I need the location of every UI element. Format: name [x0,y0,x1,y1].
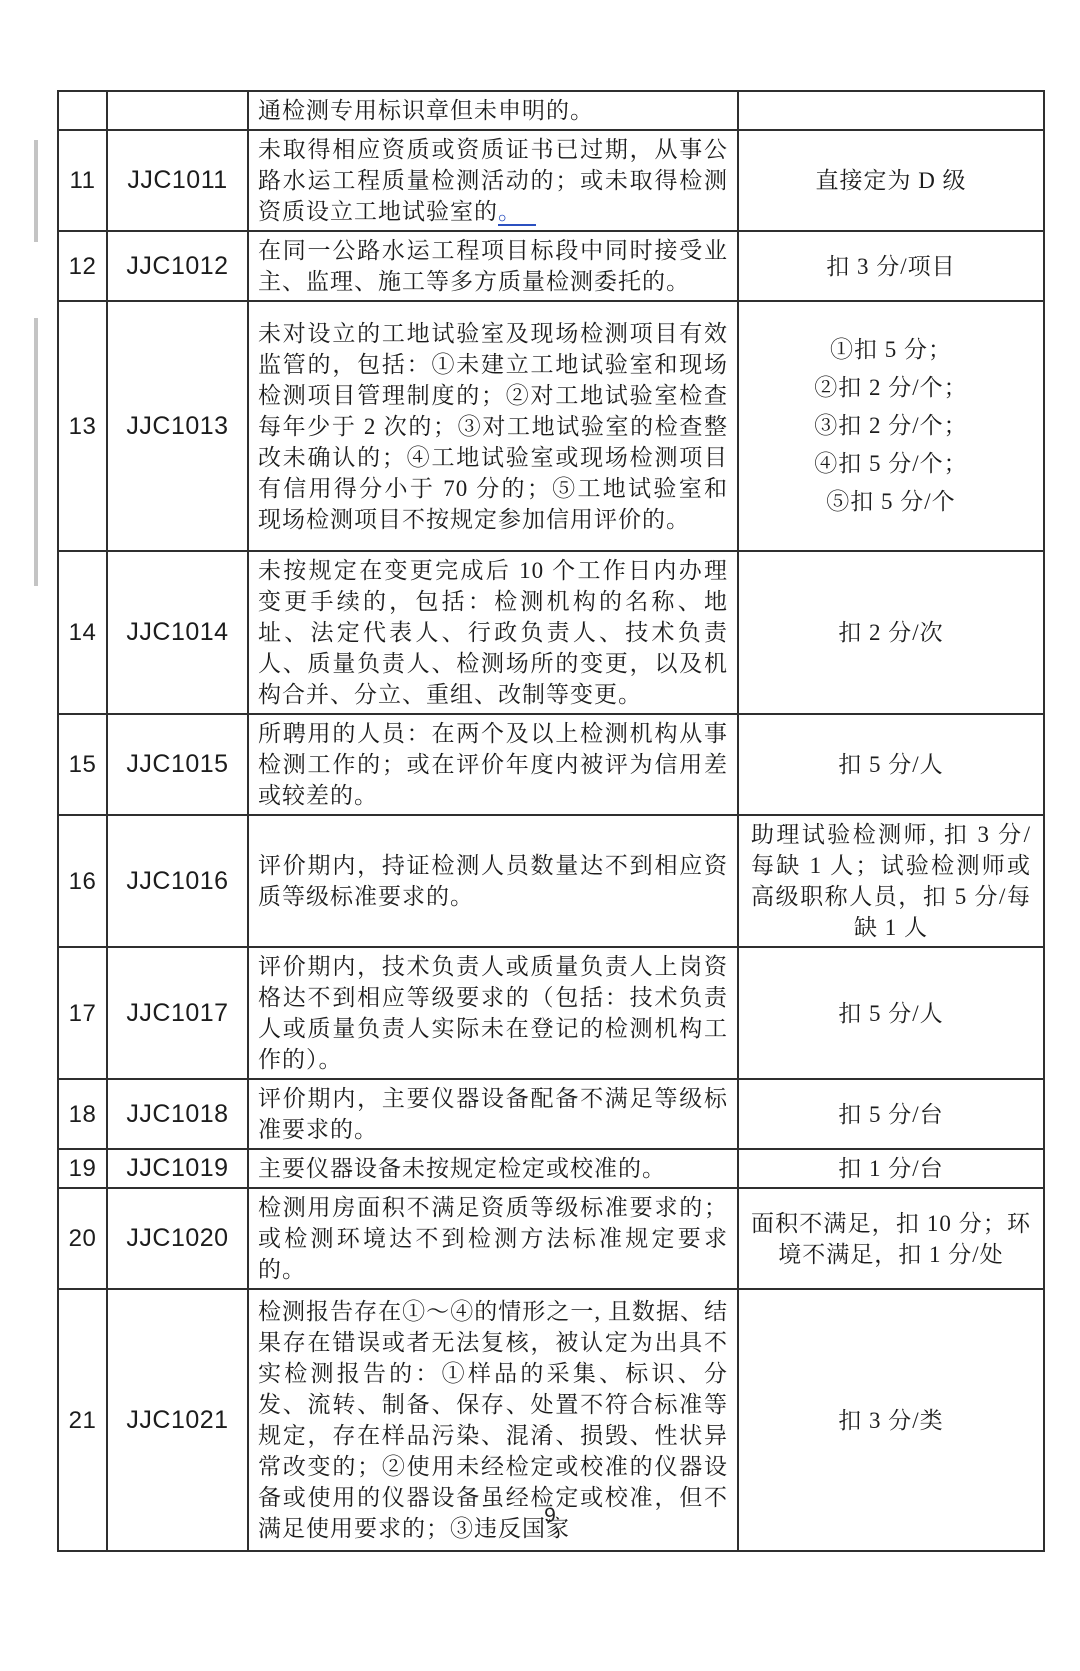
page-number: 9 [57,1504,1043,1528]
description-cell: 未对设立的工地试验室及现场检测项目有效监管的，包括：①未建立工地试验室和现场检测… [248,301,738,551]
description-cell: 主要仪器设备未按规定检定或校准的。 [248,1149,738,1188]
table-row: 16 JJC1016 评价期内，持证检测人员数量达不到相应资质等级标准要求的。 … [58,815,1044,947]
row-number-cell: 15 [58,714,107,815]
penalty-line: ②扣 2 分/个； [751,369,1031,407]
penalty-table: 通检测专用标识章但未申明的。 11 JJC1011 未取得相应资质或资质证书已过… [57,90,1045,1552]
code-cell: JJC1020 [107,1188,248,1289]
table-row: 12 JJC1012 在同一公路水运工程项目标段中同时接受业主、监理、施工等多方… [58,231,1044,301]
penalty-cell: 扣 5 分/人 [738,714,1044,815]
table-row: 13 JJC1013 未对设立的工地试验室及现场检测项目有效监管的，包括：①未建… [58,301,1044,551]
penalty-line: ①扣 5 分； [751,331,1031,369]
penalty-cell: 扣 5 分/台 [738,1079,1044,1149]
code-cell: JJC1016 [107,815,248,947]
code-cell: JJC1013 [107,301,248,551]
row-number-cell: 16 [58,815,107,947]
table-row: 15 JJC1015 所聘用的人员：在两个及以上检测机构从事检测工作的；或在评价… [58,714,1044,815]
table-row: 通检测专用标识章但未申明的。 [58,91,1044,130]
penalty-line: ③扣 2 分/个； [751,407,1031,445]
penalty-cell: 扣 5 分/人 [738,947,1044,1079]
penalty-cell [738,91,1044,130]
description-cell: 未取得相应资质或资质证书已过期，从事公路水运工程质量检测活动的；或未取得检测资质… [248,130,738,231]
row-number-cell: 17 [58,947,107,1079]
row-number-cell: 13 [58,301,107,551]
penalty-cell: 扣 2 分/次 [738,551,1044,714]
revision-bar [34,318,38,586]
table-row: 14 JJC1014 未按规定在变更完成后 10 个工作日内办理变更手续的，包括… [58,551,1044,714]
row-number-cell: 18 [58,1079,107,1149]
penalty-cell: 助理试验检测师, 扣 3 分/每缺 1 人；试验检测师或高级职称人员，扣 5 分… [738,815,1044,947]
row-number-cell: 20 [58,1188,107,1289]
code-cell [107,91,248,130]
description-cell: 所聘用的人员：在两个及以上检测机构从事检测工作的；或在评价年度内被评为信用差或较… [248,714,738,815]
code-cell: JJC1017 [107,947,248,1079]
penalty-line: ⑤扣 5 分/个 [751,483,1031,521]
row-number-cell: 19 [58,1149,107,1188]
table-row: 20 JJC1020 检测用房面积不满足资质等级标准要求的；或检测环境达不到检测… [58,1188,1044,1289]
description-cell: 评价期内，持证检测人员数量达不到相应资质等级标准要求的。 [248,815,738,947]
penalty-cell: ①扣 5 分； ②扣 2 分/个； ③扣 2 分/个； ④扣 5 分/个； ⑤扣… [738,301,1044,551]
code-cell: JJC1019 [107,1149,248,1188]
revision-bar [34,140,38,242]
code-cell: JJC1014 [107,551,248,714]
document-page: 通检测专用标识章但未申明的。 11 JJC1011 未取得相应资质或资质证书已过… [0,0,1080,1671]
description-cell: 在同一公路水运工程项目标段中同时接受业主、监理、施工等多方质量检测委托的。 [248,231,738,301]
description-cell: 评价期内，技术负责人或质量负责人上岗资格达不到相应等级要求的（包括：技术负责人或… [248,947,738,1079]
description-cell: 检测用房面积不满足资质等级标准要求的；或检测环境达不到检测方法标准规定要求的。 [248,1188,738,1289]
table-body: 通检测专用标识章但未申明的。 11 JJC1011 未取得相应资质或资质证书已过… [58,91,1044,1551]
table-row: 11 JJC1011 未取得相应资质或资质证书已过期，从事公路水运工程质量检测活… [58,130,1044,231]
row-number-cell: 11 [58,130,107,231]
description-cell: 通检测专用标识章但未申明的。 [248,91,738,130]
penalty-line: ④扣 5 分/个； [751,445,1031,483]
penalty-cell: 面积不满足，扣 10 分；环境不满足，扣 1 分/处 [738,1188,1044,1289]
row-number-cell: 12 [58,231,107,301]
description-text: 未取得相应资质或资质证书已过期，从事公路水运工程质量检测活动的；或未取得检测资质… [258,137,728,224]
penalty-cell: 扣 1 分/台 [738,1149,1044,1188]
row-number-cell: 14 [58,551,107,714]
description-cell: 未按规定在变更完成后 10 个工作日内办理变更手续的，包括：检测机构的名称、地址… [248,551,738,714]
code-cell: JJC1018 [107,1079,248,1149]
row-number-cell [58,91,107,130]
code-cell: JJC1011 [107,130,248,231]
tracked-change-underline: 。 [498,199,536,226]
penalty-cell: 扣 3 分/项目 [738,231,1044,301]
penalty-cell: 直接定为 D 级 [738,130,1044,231]
table-row: 17 JJC1017 评价期内，技术负责人或质量负责人上岗资格达不到相应等级要求… [58,947,1044,1079]
description-cell: 评价期内，主要仪器设备配备不满足等级标准要求的。 [248,1079,738,1149]
code-cell: JJC1012 [107,231,248,301]
table-row: 19 JJC1019 主要仪器设备未按规定检定或校准的。 扣 1 分/台 [58,1149,1044,1188]
code-cell: JJC1015 [107,714,248,815]
table-row: 18 JJC1018 评价期内，主要仪器设备配备不满足等级标准要求的。 扣 5 … [58,1079,1044,1149]
